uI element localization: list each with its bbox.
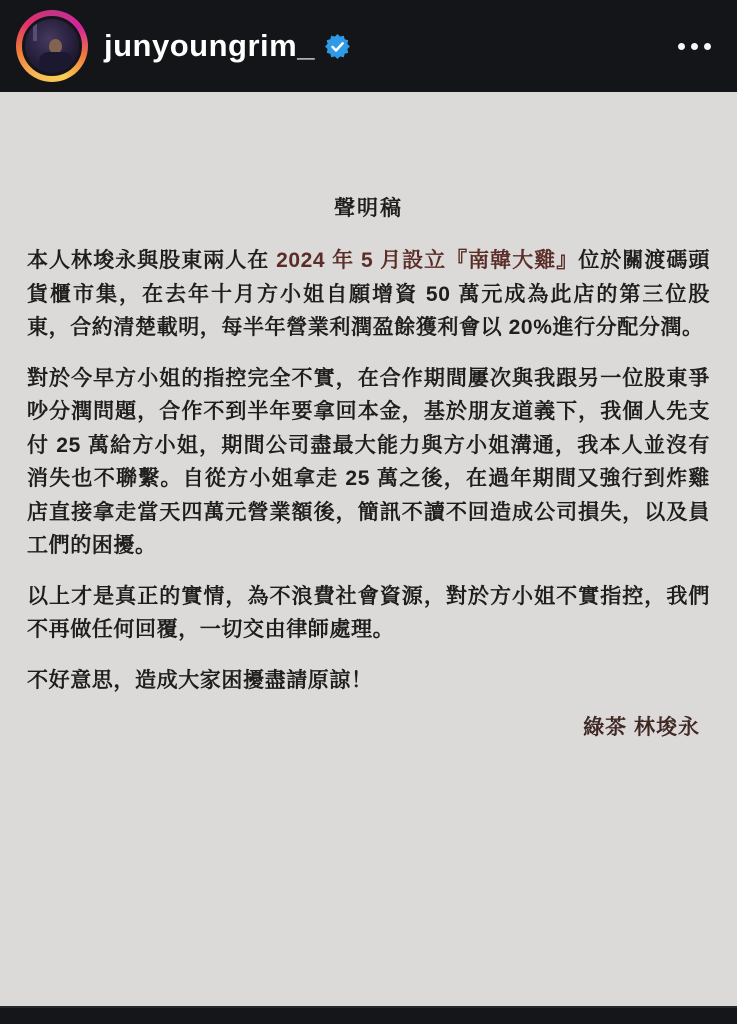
more-options-button[interactable] xyxy=(676,33,713,60)
ellipsis-icon xyxy=(678,43,685,50)
username-row: junyoungrim_ xyxy=(104,28,350,64)
paragraph-segment: 不好意思，造成大家困擾盡請原諒！ xyxy=(27,669,373,692)
avatar-story-ring[interactable] xyxy=(16,10,88,82)
statement-paragraph-3: 以上才是真正的實情，為不浪費社會資源，對於方小姐不實指控，我們不再做任何回覆，一… xyxy=(27,580,710,647)
verified-badge-icon xyxy=(325,34,350,59)
avatar-photo xyxy=(22,16,82,76)
avatar-background-detail xyxy=(33,23,37,41)
statement-signature: 綠茶 林埈永 xyxy=(27,711,700,745)
ellipsis-icon xyxy=(691,43,698,50)
statement-paragraph-4: 不好意思，造成大家困擾盡請原諒！ xyxy=(27,664,710,698)
paragraph-segment-highlighted: 2024 年 5 月設立『南韓大雞』 xyxy=(276,249,578,272)
post-image-statement[interactable]: 聲明稿 本人林埈永與股東兩人在 2024 年 5 月設立『南韓大雞』位於關渡碼頭… xyxy=(0,92,737,1006)
paragraph-segment: 本人林埈永與股東兩人在 xyxy=(27,249,276,272)
bottom-strip xyxy=(0,1006,737,1024)
avatar-person-body xyxy=(39,52,73,76)
statement-paragraph-1: 本人林埈永與股東兩人在 2024 年 5 月設立『南韓大雞』位於關渡碼頭貨櫃市集… xyxy=(27,244,710,345)
post-header: junyoungrim_ xyxy=(0,0,737,92)
instagram-post-view: junyoungrim_ 聲明稿 本人林埈永與股東兩人在 2024 年 5 月設… xyxy=(0,0,737,1024)
username-link[interactable]: junyoungrim_ xyxy=(104,28,315,64)
statement-paragraph-2: 對於今早方小姐的指控完全不實，在合作期間屢次與我跟另一位股東爭吵分潤問題，合作不… xyxy=(27,362,710,563)
statement-title: 聲明稿 xyxy=(27,197,710,221)
paragraph-segment: 對於今早方小姐的指控完全不實，在合作期間屢次與我跟另一位股東爭吵分潤問題，合作不… xyxy=(27,367,710,558)
paragraph-segment: 以上才是真正的實情，為不浪費社會資源，對於方小姐不實指控，我們不再做任何回覆，一… xyxy=(27,585,710,642)
ellipsis-icon xyxy=(704,43,711,50)
